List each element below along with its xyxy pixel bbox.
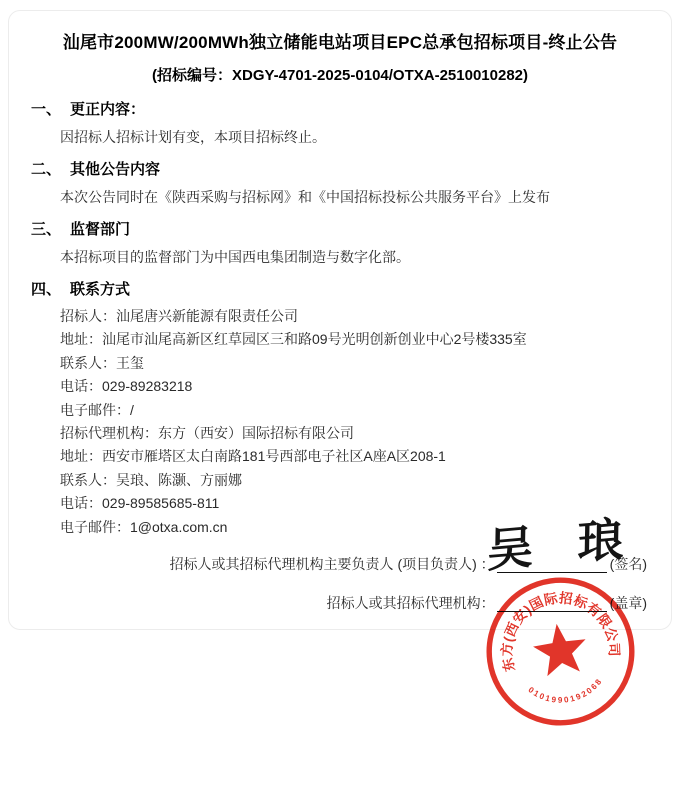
contact-line-tenderer-address: 地址：汕尾市汕尾高新区红草园区三和路09号光明创新创业中心2号楼335室 [60, 328, 649, 351]
page-title: 汕尾市200MW/200MWh独立储能电站项目EPC总承包招标项目-终止公告 [31, 31, 649, 55]
section-number: 二、 [31, 160, 61, 180]
section-title: 联系方式 [70, 280, 130, 300]
contact-line-tenderer-phone: 电话：029-89283218 [60, 375, 649, 398]
section-correction: 一、 更正内容： 因招标人招标计划有变，本项目招标终止。 [31, 100, 649, 147]
section-number: 三、 [31, 220, 61, 240]
contact-line-tenderer-person: 联系人：王玺 [60, 352, 649, 375]
section-other-content: 二、 其他公告内容 本次公告同时在《陕西采购与招标网》和《中国招标投标公共服务平… [31, 160, 649, 207]
announcement-card: 汕尾市200MW/200MWh独立储能电站项目EPC总承包招标项目-终止公告 (… [8, 10, 672, 630]
contact-line-tenderer-email: 电子邮件：/ [60, 399, 649, 422]
section-supervision: 三、 监督部门 本招标项目的监督部门为中国西电集团制造与数字化部。 [31, 220, 649, 267]
section-heading: 三、 监督部门 [31, 220, 649, 240]
seal-star-icon [530, 620, 590, 677]
contact-line-agency-address: 地址：西安市雁塔区太白南路181号西部电子社区A座A区208-1 [60, 445, 649, 468]
section-heading: 二、 其他公告内容 [31, 160, 649, 180]
page: { "doc": { "title": "汕尾市200MW/200MWh独立储能… [0, 0, 696, 806]
company-seal-stamp: 东方(西安)国际招标有限公司 0101990192068 [473, 564, 648, 739]
tender-number: (招标编号：XDGY-4701-2025-0104/OTXA-251001028… [31, 65, 649, 87]
contact-line-agency-person: 联系人：吴琅、陈灏、方丽娜 [60, 469, 649, 492]
section-title: 其他公告内容 [70, 160, 160, 180]
seal-label: 招标人或其招标代理机构： [327, 593, 495, 613]
contact-line-tenderer: 招标人：汕尾唐兴新能源有限责任公司 [60, 305, 649, 328]
section-heading: 一、 更正内容： [31, 100, 649, 120]
seal-icon: 东方(西安)国际招标有限公司 0101990192068 [473, 564, 648, 739]
signature-label: 招标人或其招标代理机构主要负责人 (项目负责人) ： [170, 554, 495, 574]
contact-list: 招标人：汕尾唐兴新能源有限责任公司 地址：汕尾市汕尾高新区红草园区三和路09号光… [60, 305, 649, 539]
section-heading: 四、 联系方式 [31, 280, 649, 300]
section-title: 更正内容： [70, 100, 145, 120]
seal-number-text: 0101990192068 [526, 675, 607, 709]
section-number: 四、 [31, 280, 61, 300]
section-contacts: 四、 联系方式 招标人：汕尾唐兴新能源有限责任公司 地址：汕尾市汕尾高新区红草园… [31, 280, 649, 539]
section-body: 因招标人招标计划有变，本项目招标终止。 [60, 127, 649, 147]
section-number: 一、 [31, 100, 61, 120]
section-body: 本次公告同时在《陕西采购与招标网》和《中国招标投标公共服务平台》上发布 [60, 187, 649, 207]
section-title: 监督部门 [70, 220, 130, 240]
contact-line-agency: 招标代理机构：东方（西安）国际招标有限公司 [60, 422, 649, 445]
section-body: 本招标项目的监督部门为中国西电集团制造与数字化部。 [60, 247, 649, 267]
